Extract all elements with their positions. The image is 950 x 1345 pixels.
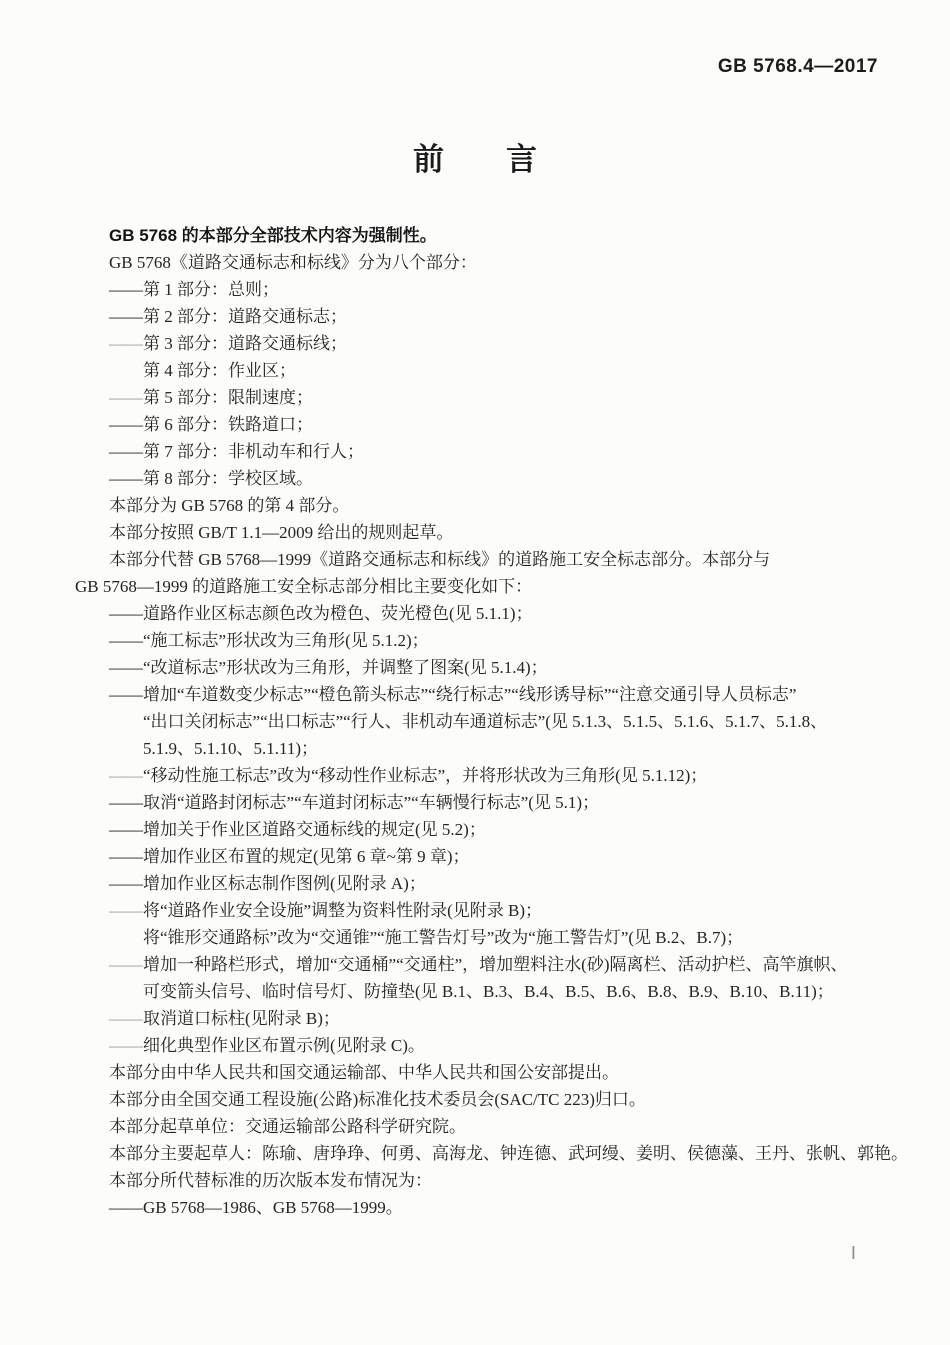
body-line-text: 第 2 部分：道路交通标志； — [143, 307, 347, 326]
body-line: GB 5768—1999 的道路施工安全标志部分相比主要变化如下： — [75, 573, 881, 600]
body-line: “出口关闭标志”“出口标志”“行人、非机动车通道标志”(见 5.1.3、5.1.… — [75, 708, 881, 735]
body-line-text: 道路作业区标志颜色改为橙色、荧光橙色(见 5.1.1)； — [143, 604, 533, 623]
body-line: 本部分为 GB 5768 的第 4 部分。 — [75, 492, 881, 519]
document-body: GB 5768 的本部分全部技术内容为强制性。GB 5768《道路交通标志和标线… — [75, 222, 881, 1221]
body-line-text: 第 4 部分：作业区； — [143, 361, 296, 380]
list-dash: —— — [109, 897, 143, 924]
body-line-text: “移动性施工标志”改为“移动性作业标志”，并将形状改为三角形(见 5.1.12)… — [143, 766, 707, 785]
list-dash: —— — [109, 654, 143, 681]
body-line-text: 第 8 部分：学校区域。 — [143, 469, 313, 488]
body-line-text: 取消道口标柱(见附录 B)； — [143, 1009, 340, 1028]
body-line: 本部分按照 GB/T 1.1—2009 给出的规则起草。 — [75, 519, 881, 546]
body-line-text: 5.1.9、5.1.10、5.1.11)； — [143, 739, 318, 758]
body-line: ——“移动性施工标志”改为“移动性作业标志”，并将形状改为三角形(见 5.1.1… — [75, 762, 881, 789]
body-line: ——第 4 部分：作业区； — [75, 357, 881, 384]
body-line: 本部分代替 GB 5768—1999《道路交通标志和标线》的道路施工安全标志部分… — [75, 546, 881, 573]
body-line-text: GB 5768 的本部分全部技术内容为强制性。 — [109, 226, 437, 245]
body-line: ——第 6 部分：铁路道口； — [75, 411, 881, 438]
list-dash: —— — [109, 1032, 143, 1059]
page-number: Ⅰ — [851, 1243, 856, 1264]
body-line-text: GB 5768—1999 的道路施工安全标志部分相比主要变化如下： — [75, 577, 532, 596]
body-line-text: 本部分所代替标准的历次版本发布情况为： — [109, 1171, 432, 1190]
body-line: ——“改道标志”形状改为三角形，并调整了图案(见 5.1.4)； — [75, 654, 881, 681]
body-line: ——第 7 部分：非机动车和行人； — [75, 438, 881, 465]
body-line: ——第 1 部分：总则； — [75, 276, 881, 303]
page-title: 前 言 — [0, 134, 950, 179]
standard-code: GB 5768.4—2017 — [718, 56, 878, 78]
body-line-text: GB 5768—1986、GB 5768—1999。 — [143, 1198, 403, 1217]
list-dash: —— — [109, 843, 143, 870]
list-dash: —— — [109, 789, 143, 816]
list-dash: —— — [109, 762, 143, 789]
list-dash: —— — [109, 1005, 143, 1032]
body-line: 本部分起草单位：交通运输部公路科学研究院。 — [75, 1113, 881, 1140]
body-line: 5.1.9、5.1.10、5.1.11)； — [75, 735, 881, 762]
body-line-text: 本部分起草单位：交通运输部公路科学研究院。 — [109, 1117, 466, 1136]
body-line-text: 本部分按照 GB/T 1.1—2009 给出的规则起草。 — [109, 523, 453, 542]
body-line-text: “改道标志”形状改为三角形，并调整了图案(见 5.1.4)； — [143, 658, 548, 677]
body-line: ——增加作业区布置的规定(见第 6 章~第 9 章)； — [75, 843, 881, 870]
list-dash: —— — [109, 600, 143, 627]
body-line: ——细化典型作业区布置示例(见附录 C)。 — [75, 1032, 881, 1059]
body-line: ——第 8 部分：学校区域。 — [75, 465, 881, 492]
body-line-text: 将“道路作业安全设施”调整为资料性附录(见附录 B)； — [143, 901, 542, 920]
body-line-text: 第 1 部分：总则； — [143, 280, 279, 299]
body-line-text: 本部分主要起草人：陈瑜、唐琤琤、何勇、高海龙、钟连德、武珂缦、姜明、侯德藻、王丹… — [109, 1144, 908, 1163]
list-dash: —— — [109, 411, 143, 438]
body-line-text: 本部分代替 GB 5768—1999《道路交通标志和标线》的道路施工安全标志部分… — [109, 550, 770, 569]
list-dash: —— — [109, 384, 143, 411]
body-line-text: 增加作业区布置的规定(见第 6 章~第 9 章)； — [143, 847, 470, 866]
body-line: 本部分由全国交通工程设施(公路)标准化技术委员会(SAC/TC 223)归口。 — [75, 1086, 881, 1113]
body-line-text: GB 5768《道路交通标志和标线》分为八个部分： — [109, 253, 477, 272]
body-line-text: 本部分由中华人民共和国交通运输部、中华人民共和国公安部提出。 — [109, 1063, 619, 1082]
list-dash: —— — [109, 438, 143, 465]
body-line-text: “施工标志”形状改为三角形(见 5.1.2)； — [143, 631, 429, 650]
list-dash: —— — [109, 276, 143, 303]
body-line-text: 取消“道路封闭标志”“车道封闭标志”“车辆慢行标志”(见 5.1)； — [143, 793, 599, 812]
body-line: 本部分所代替标准的历次版本发布情况为： — [75, 1167, 881, 1194]
body-line: 本部分由中华人民共和国交通运输部、中华人民共和国公安部提出。 — [75, 1059, 881, 1086]
list-dash: —— — [109, 870, 143, 897]
body-line-text: “出口关闭标志”“出口标志”“行人、非机动车通道标志”(见 5.1.3、5.1.… — [143, 712, 827, 731]
list-dash: —— — [109, 330, 143, 357]
body-line: GB 5768 的本部分全部技术内容为强制性。 — [75, 222, 881, 249]
body-line-text: 增加关于作业区道路交通标线的规定(见 5.2)； — [143, 820, 486, 839]
list-dash: —— — [109, 681, 143, 708]
body-line: ——取消“道路封闭标志”“车道封闭标志”“车辆慢行标志”(见 5.1)； — [75, 789, 881, 816]
body-line: ——将“道路作业安全设施”调整为资料性附录(见附录 B)； — [75, 897, 881, 924]
body-line: ——增加一种路栏形式，增加“交通桶”“交通柱”，增加塑料注水(砂)隔离栏、活动护… — [75, 951, 881, 978]
list-dash: —— — [109, 627, 143, 654]
body-line: ——取消道口标柱(见附录 B)； — [75, 1005, 881, 1032]
body-line-text: 本部分由全国交通工程设施(公路)标准化技术委员会(SAC/TC 223)归口。 — [109, 1090, 646, 1109]
body-line-text: 可变箭头信号、临时信号灯、防撞垫(见 B.1、B.3、B.4、B.5、B.6、B… — [143, 982, 834, 1001]
body-line: 可变箭头信号、临时信号灯、防撞垫(见 B.1、B.3、B.4、B.5、B.6、B… — [75, 978, 881, 1005]
body-line: 本部分主要起草人：陈瑜、唐琤琤、何勇、高海龙、钟连德、武珂缦、姜明、侯德藻、王丹… — [75, 1140, 881, 1167]
body-line-text: 第 3 部分：道路交通标线； — [143, 334, 347, 353]
list-dash: —— — [109, 1194, 143, 1221]
body-line-text: 第 5 部分：限制速度； — [143, 388, 313, 407]
body-line-text: 将“锥形交通路标”改为“交通锥”“施工警告灯号”改为“施工警告灯”(见 B.2、… — [143, 928, 743, 947]
body-line-text: 本部分为 GB 5768 的第 4 部分。 — [109, 496, 349, 515]
body-line: ——第 5 部分：限制速度； — [75, 384, 881, 411]
body-line: ——GB 5768—1986、GB 5768—1999。 — [75, 1194, 881, 1221]
body-line: ——增加关于作业区道路交通标线的规定(见 5.2)； — [75, 816, 881, 843]
body-line-text: 增加一种路栏形式，增加“交通桶”“交通柱”，增加塑料注水(砂)隔离栏、活动护栏、… — [143, 955, 848, 974]
body-line: ——“施工标志”形状改为三角形(见 5.1.2)； — [75, 627, 881, 654]
body-line-text: 增加“车道数变少标志”“橙色箭头标志”“绕行标志”“线形诱导标”“注意交通引导人… — [143, 685, 796, 704]
body-line: ——第 3 部分：道路交通标线； — [75, 330, 881, 357]
body-line-text: 第 7 部分：非机动车和行人； — [143, 442, 364, 461]
body-line-text: 增加作业区标志制作图例(见附录 A)； — [143, 874, 426, 893]
body-line: ——增加作业区标志制作图例(见附录 A)； — [75, 870, 881, 897]
body-line: GB 5768《道路交通标志和标线》分为八个部分： — [75, 249, 881, 276]
body-line-text: 细化典型作业区布置示例(见附录 C)。 — [143, 1036, 425, 1055]
body-line: ——将“锥形交通路标”改为“交通锥”“施工警告灯号”改为“施工警告灯”(见 B.… — [75, 924, 881, 951]
body-line: ——第 2 部分：道路交通标志； — [75, 303, 881, 330]
body-line: ——增加“车道数变少标志”“橙色箭头标志”“绕行标志”“线形诱导标”“注意交通引… — [75, 681, 881, 708]
list-dash: —— — [109, 816, 143, 843]
body-line-text: 第 6 部分：铁路道口； — [143, 415, 313, 434]
document-page: GB 5768.4—2017 前 言 GB 5768 的本部分全部技术内容为强制… — [0, 0, 950, 1345]
body-line: ——道路作业区标志颜色改为橙色、荧光橙色(见 5.1.1)； — [75, 600, 881, 627]
list-dash: —— — [109, 465, 143, 492]
list-dash: —— — [109, 303, 143, 330]
list-dash: —— — [109, 951, 143, 978]
